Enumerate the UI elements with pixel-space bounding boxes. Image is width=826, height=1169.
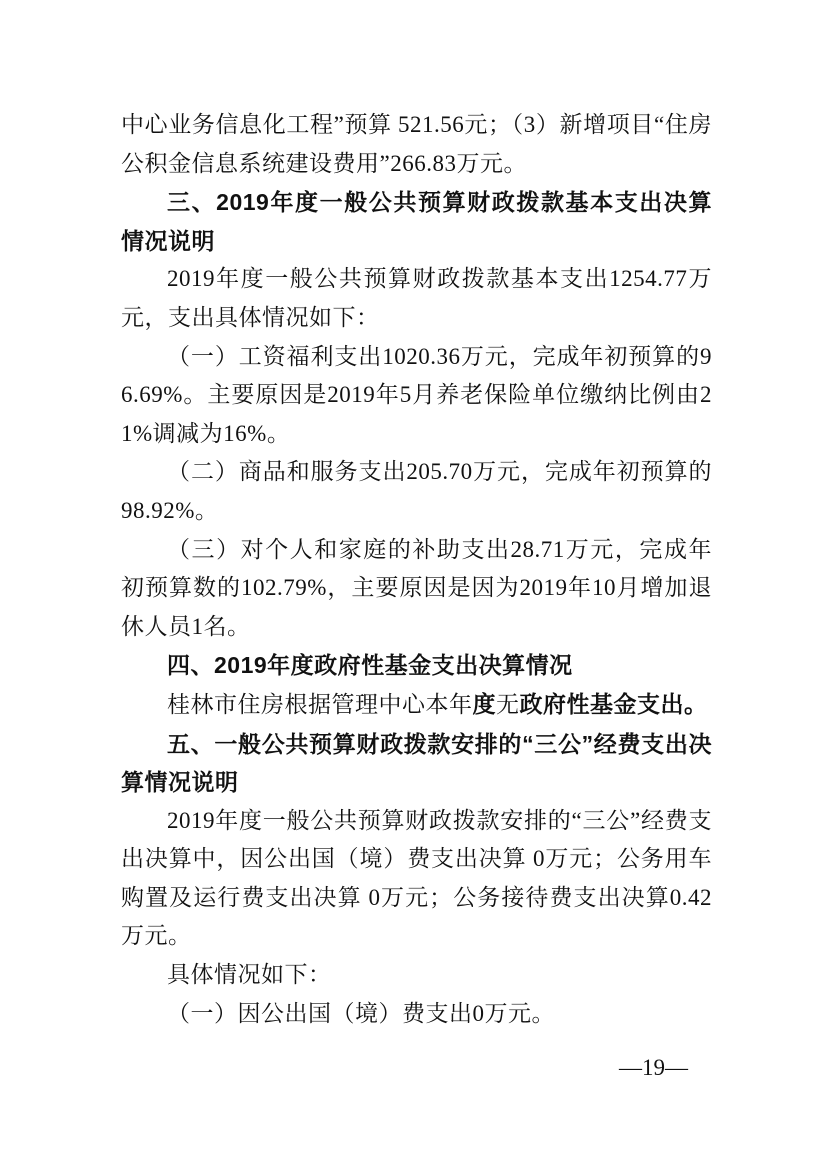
paragraph: （一）工资福利支出1020.36万元，完成年初预算的96.69%。主要原因是20…: [121, 338, 712, 454]
paragraph: （三）对个人和家庭的补助支出28.71万元，完成年初预算数的102.79%，主要…: [121, 531, 712, 647]
paragraph: 2019年度一般公共预算财政拨款安排的“三公”经费支出决算中，因公出国（境）费支…: [121, 802, 712, 956]
emphasis-text: 度: [473, 691, 497, 717]
emphasis-text: 政府性基金支出。: [520, 691, 708, 717]
paragraph: （一）因公出国（境）费支出0万元。: [121, 995, 712, 1034]
document-content: 中心业务信息化工程”预算 521.56元；（3）新增项目“住房公积金信息系统建设…: [121, 106, 712, 1033]
paragraph: （二）商品和服务支出205.70万元，完成年初预算的98.92%。: [121, 453, 712, 530]
body-text: 桂林市住房根据管理中心本年: [167, 692, 473, 717]
document-page: 中心业务信息化工程”预算 521.56元；（3）新增项目“住房公积金信息系统建设…: [0, 0, 826, 1169]
paragraph: 2019年度一般公共预算财政拨款基本支出1254.77万元，支出具体情况如下：: [121, 260, 712, 337]
paragraph: 桂林市住房根据管理中心本年度无政府性基金支出。: [121, 685, 712, 725]
body-text: 无: [496, 692, 520, 717]
paragraph: 具体情况如下：: [121, 956, 712, 995]
page-number: —19—: [619, 1053, 688, 1083]
paragraph: 中心业务信息化工程”预算 521.56元；（3）新增项目“住房公积金信息系统建设…: [121, 106, 712, 183]
section-heading: 四、2019年度政府性基金支出决算情况: [121, 646, 712, 685]
section-heading: 五、一般公共预算财政拨款安排的“三公”经费支出决算情况说明: [121, 725, 712, 802]
section-heading: 三、2019年度一般公共预算财政拨款基本支出决算情况说明: [121, 183, 712, 260]
